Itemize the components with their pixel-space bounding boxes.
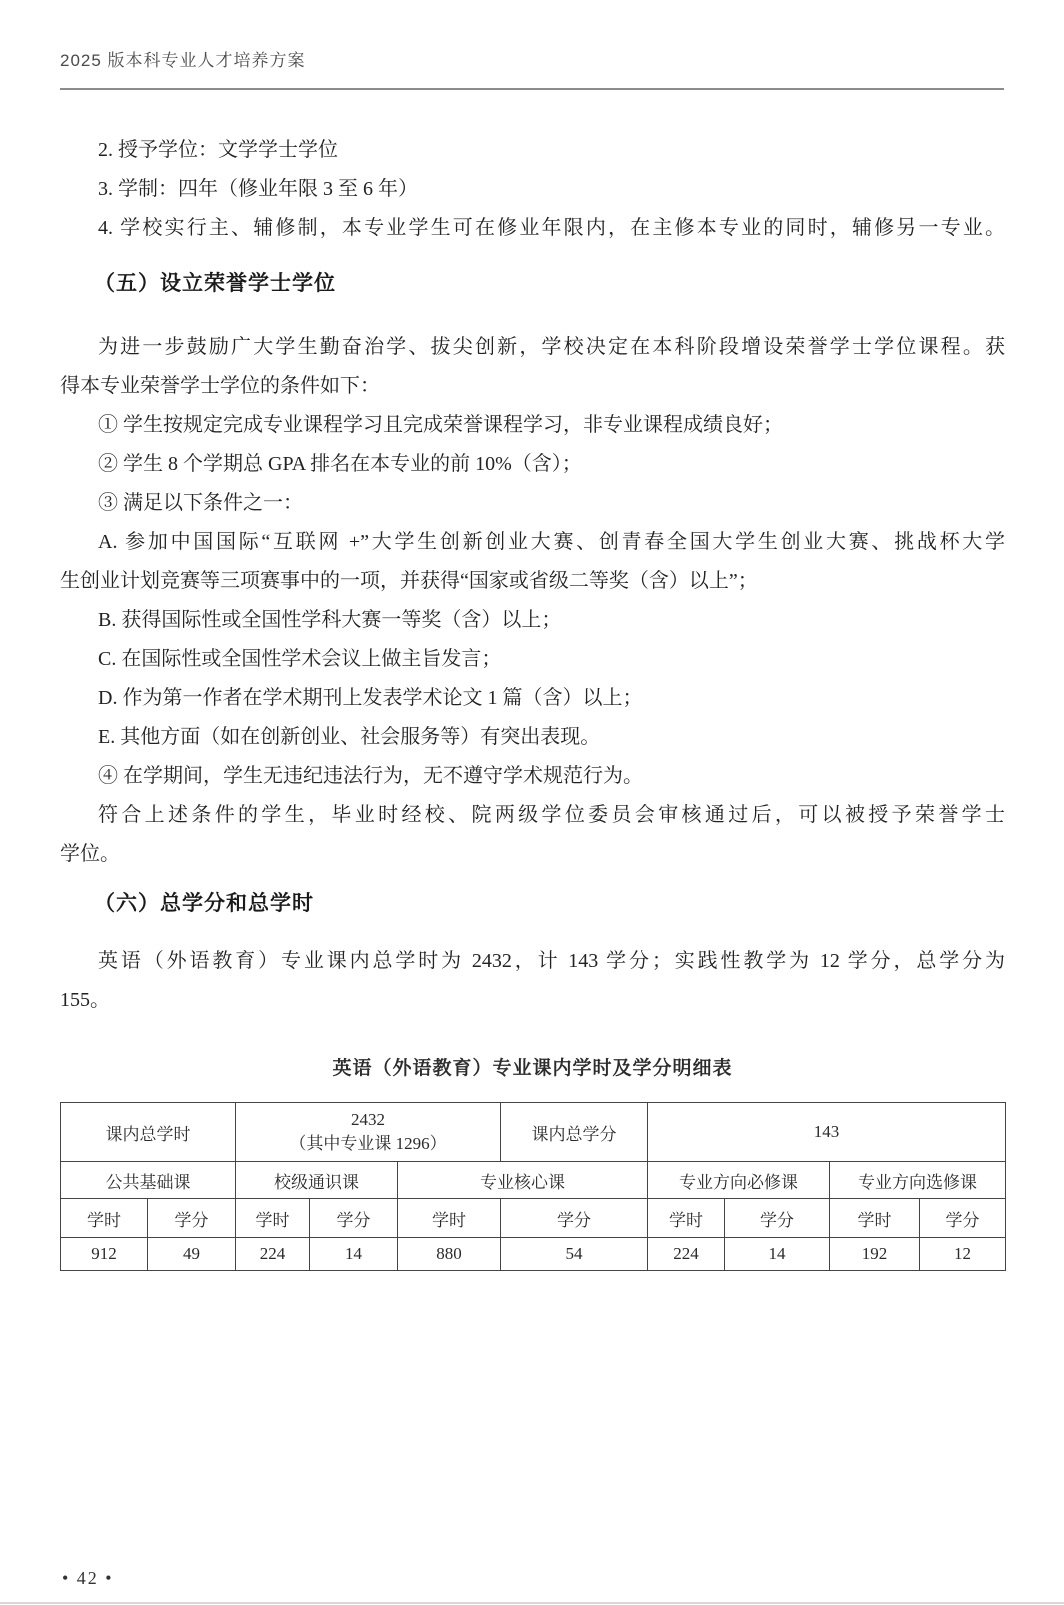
total-credits-label-cell: 课内总学分 — [501, 1103, 648, 1162]
value-cell: 224 — [648, 1238, 725, 1271]
document-body: 2. 授予学位：文学学士学位 3. 学制：四年（修业年限 3 至 6 年） 4.… — [60, 130, 1005, 1271]
section-6-para-line-1: 英语（外语教育）专业课内总学时为 2432，计 143 学分；实践性教学为 12… — [60, 942, 1005, 981]
curriculum-hours-credits-table: 课内总学时 2432 （其中专业课 1296） 课内总学分 143 公共基础课 … — [60, 1102, 1006, 1271]
bottom-rule — [0, 1602, 1064, 1604]
total-credits-value-cell: 143 — [648, 1103, 1006, 1162]
value-cell: 12 — [920, 1238, 1006, 1271]
hours-header-cell: 学时 — [648, 1199, 725, 1238]
value-cell: 880 — [398, 1238, 501, 1271]
section-6-para-line-2: 155。 — [60, 981, 1005, 1020]
section-5-heading: （五）设立荣誉学士学位 — [60, 264, 1005, 304]
table-title: 英语（外语教育）专业课内学时及学分明细表 — [60, 1056, 1005, 1082]
total-hours-label-cell: 课内总学时 — [61, 1103, 236, 1162]
body-item-4: 4. 学校实行主、辅修制，本专业学生可在修业年限内，在主修本专业的同时，辅修另一… — [60, 209, 1005, 248]
values-row: 912 49 224 14 880 54 224 14 192 12 — [61, 1238, 1006, 1271]
category-cell-direction-elective: 专业方向选修课 — [830, 1162, 1006, 1199]
credits-header-cell: 学分 — [501, 1199, 648, 1238]
condition-3: ③ 满足以下条件之一： — [60, 484, 1005, 523]
credits-header-cell: 学分 — [920, 1199, 1006, 1238]
category-cell-direction-required: 专业方向必修课 — [648, 1162, 830, 1199]
page-header: 2025 版本科专业人才培养方案 — [60, 0, 1004, 90]
condition-3b: B. 获得国际性或全国性学科大赛一等奖（含）以上； — [60, 601, 1005, 640]
condition-4: ④ 在学期间，学生无违纪违法行为，无不遵守学术规范行为。 — [60, 757, 1005, 796]
hours-header-cell: 学时 — [830, 1199, 920, 1238]
value-cell: 14 — [725, 1238, 830, 1271]
value-cell: 14 — [310, 1238, 398, 1271]
body-item-2: 2. 授予学位：文学学士学位 — [60, 130, 1005, 170]
body-item-3: 3. 学制：四年（修业年限 3 至 6 年） — [60, 170, 1005, 209]
category-cell-core: 专业核心课 — [398, 1162, 648, 1199]
credits-header-cell: 学分 — [310, 1199, 398, 1238]
condition-3c: C. 在国际性或全国性学术会议上做主旨发言； — [60, 640, 1005, 679]
hours-header-cell: 学时 — [236, 1199, 310, 1238]
hours-header-cell: 学时 — [61, 1199, 148, 1238]
category-cell-public-basic: 公共基础课 — [61, 1162, 236, 1199]
total-hours-value-cell: 2432 （其中专业课 1296） — [236, 1103, 501, 1162]
total-hours-note: （其中专业课 1296） — [236, 1132, 500, 1156]
subheader-row: 学时 学分 学时 学分 学时 学分 学时 学分 学时 学分 — [61, 1199, 1006, 1238]
section-5-closing-line-1: 符合上述条件的学生，毕业时经校、院两级学位委员会审核通过后，可以被授予荣誉学士 — [60, 796, 1005, 835]
summary-row: 课内总学时 2432 （其中专业课 1296） 课内总学分 143 — [61, 1103, 1006, 1162]
value-cell: 912 — [61, 1238, 148, 1271]
page-number: • 42 • — [62, 1566, 114, 1591]
header-rule — [60, 88, 1004, 90]
condition-1: ① 学生按规定完成专业课程学习且完成荣誉课程学习，非专业课程成绩良好； — [60, 406, 1005, 445]
value-cell: 192 — [830, 1238, 920, 1271]
condition-3d: D. 作为第一作者在学术期刊上发表学术论文 1 篇（含）以上； — [60, 679, 1005, 718]
section-5-intro-line-2: 得本专业荣誉学士学位的条件如下： — [60, 367, 1005, 406]
condition-3a-line-1: A. 参加中国国际“互联网 +”大学生创新创业大赛、创青春全国大学生创业大赛、挑… — [60, 523, 1005, 562]
category-cell-general-education: 校级通识课 — [236, 1162, 398, 1199]
value-cell: 54 — [501, 1238, 648, 1271]
document-title: 2025 版本科专业人才培养方案 — [60, 50, 1004, 72]
section-5-intro-line-1: 为进一步鼓励广大学生勤奋治学、拔尖创新，学校决定在本科阶段增设荣誉学士学位课程。… — [60, 328, 1005, 367]
hours-header-cell: 学时 — [398, 1199, 501, 1238]
document-page: 2025 版本科专业人才培养方案 2. 授予学位：文学学士学位 3. 学制：四年… — [0, 0, 1064, 1605]
section-6-heading: （六）总学分和总学时 — [60, 884, 1005, 924]
category-header-row: 公共基础课 校级通识课 专业核心课 专业方向必修课 专业方向选修课 — [61, 1162, 1006, 1199]
condition-3a-line-2: 生创业计划竞赛等三项赛事中的一项，并获得“国家或省级二等奖（含）以上”； — [60, 562, 1005, 601]
condition-2: ② 学生 8 个学期总 GPA 排名在本专业的前 10%（含）； — [60, 445, 1005, 484]
total-hours-value: 2432 — [236, 1108, 500, 1132]
condition-3e: E. 其他方面（如在创新创业、社会服务等）有突出表现。 — [60, 718, 1005, 757]
value-cell: 49 — [148, 1238, 236, 1271]
credits-header-cell: 学分 — [148, 1199, 236, 1238]
value-cell: 224 — [236, 1238, 310, 1271]
credits-header-cell: 学分 — [725, 1199, 830, 1238]
section-5-closing-line-2: 学位。 — [60, 835, 1005, 874]
